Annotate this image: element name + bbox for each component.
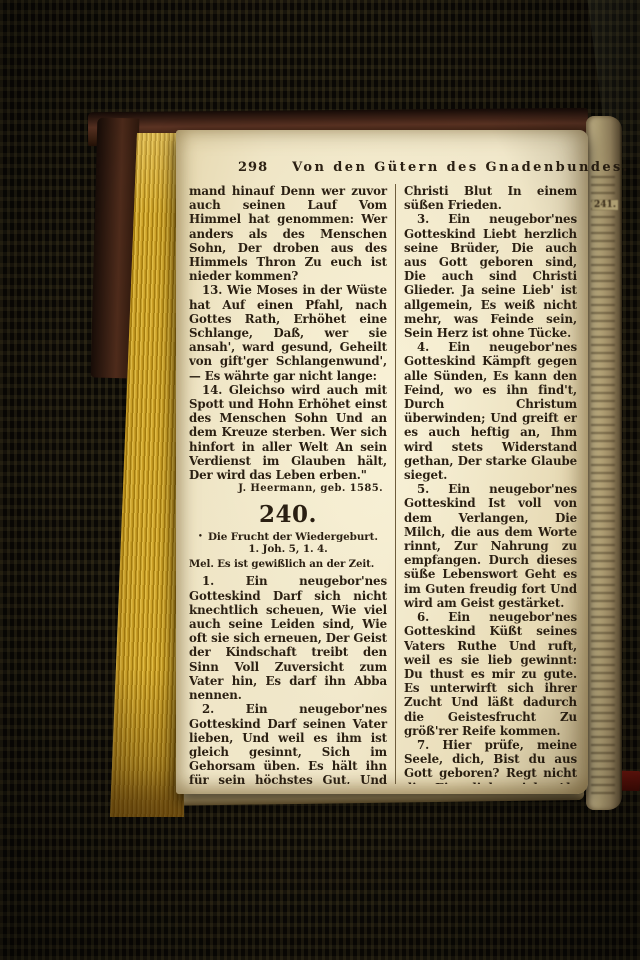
facing-page-edge: 241.: [586, 116, 622, 810]
photo-scene: 241. 298 Von den Gütern des Gnadenbundes…: [0, 0, 640, 960]
hymn-verse-6: 6. Ein neugebor'nes Gotteskind Küßt sein…: [404, 610, 577, 738]
hymn-verse-2: 2. Ein neugebor'nes Gotteskind Darf sein…: [189, 702, 387, 784]
hymn-verse-7: 7. Hier prüfe, meine Seele, dich, Bist d…: [404, 738, 577, 784]
text-column-right: Christi Blut In einem süßen Frieden. 3. …: [395, 184, 577, 784]
section-title: Von den Gütern des Gnadenbundes.: [292, 160, 630, 175]
hymn-verse-3: 3. Ein neugebor'nes Gotteskind Liebt her…: [404, 212, 577, 340]
hymn-number: 240.: [189, 503, 387, 527]
book-page: 298 Von den Gütern des Gnadenbundes. man…: [176, 130, 588, 794]
running-header: 298 Von den Gütern des Gnadenbundes.: [238, 160, 564, 175]
hymn-verse-5: 5. Ein neugebor'nes Gotteskind Ist voll …: [404, 482, 577, 610]
hymn-heading: 240. • Die Frucht der Wiedergeburt. 1. J…: [189, 503, 387, 571]
hymn-text-paragraph: Christi Blut In einem süßen Frieden.: [404, 184, 577, 212]
author-attribution: J. Heermann, geb. 1585.: [189, 482, 387, 496]
text-columns: mand hinauf Denn wer zuvor auch seinen L…: [189, 184, 577, 784]
hymn-verse-4: 4. Ein neugebor'nes Gotteskind Kämpft ge…: [404, 340, 577, 482]
hymn-title-line: • Die Frucht der Wiedergeburt.: [189, 530, 387, 543]
scripture-reference: 1. Joh. 5, 1. 4.: [189, 543, 387, 555]
hymn-verse-13: 13. Wie Moses in der Wüste hat Auf einen…: [189, 283, 387, 382]
page-number: 298: [238, 160, 268, 175]
footnote-marker: •: [198, 531, 204, 540]
blurred-text-lines: [591, 176, 615, 796]
melody-reference: Mel. Es ist gewißlich an der Zeit.: [189, 558, 387, 571]
text-column-left: mand hinauf Denn wer zuvor auch seinen L…: [189, 184, 395, 784]
next-hymn-number: 241.: [592, 200, 618, 210]
hymn-verse-14: 14. Gleichso wird auch mit Spott und Hoh…: [189, 383, 387, 482]
hymn-title: Die Frucht der Wiedergeburt.: [208, 531, 378, 543]
hymn-text-paragraph: mand hinauf Denn wer zuvor auch seinen L…: [189, 184, 387, 283]
hymn-verse-1: 1. Ein neugebor'nes Gotteskind Darf sich…: [189, 574, 387, 702]
